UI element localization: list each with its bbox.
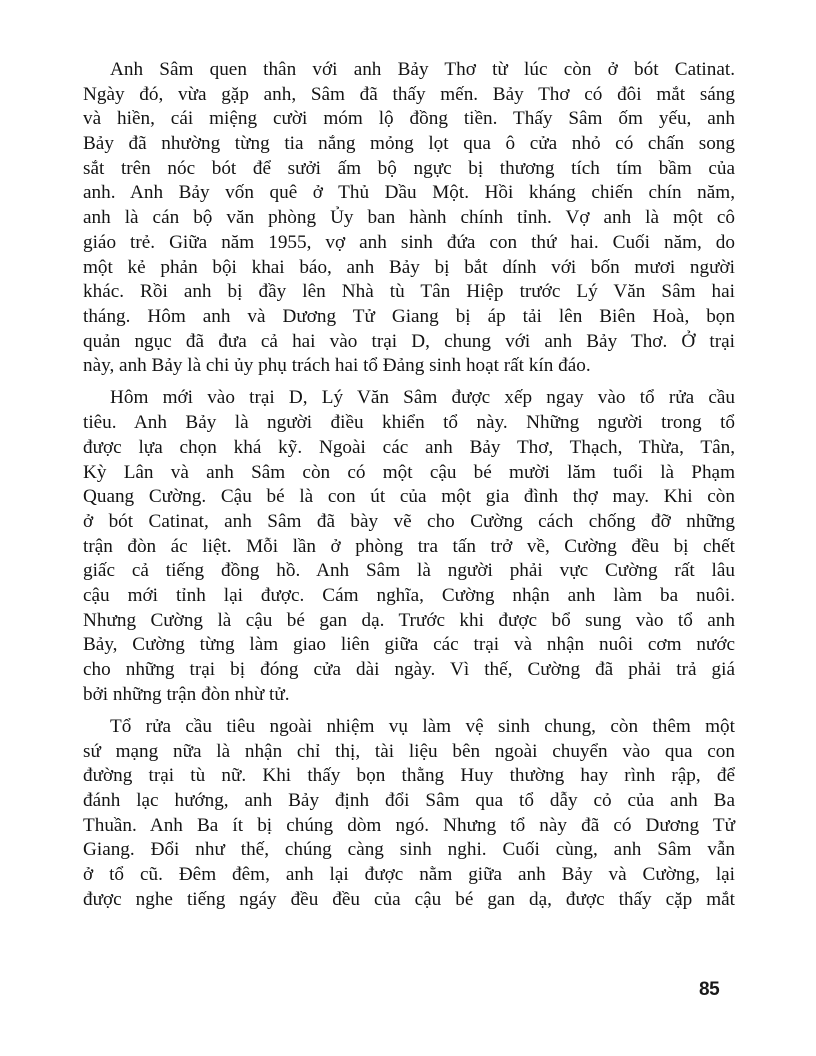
text-line: Bảy, Cường từng làm giao liên giữa các t… bbox=[83, 633, 735, 658]
book-page: Anh Sâm quen thân với anh Bảy Thơ từ lúc… bbox=[0, 0, 816, 1056]
text-line: khác. Rồi anh bị đầy lên Nhà tù Tân Hiệp… bbox=[83, 280, 735, 305]
text-line: Quang Cường. Cậu bé là con út của một gi… bbox=[83, 485, 735, 510]
text-line: Bảy đã nhường từng tia nắng mỏng lọt qua… bbox=[83, 132, 735, 157]
text-line: giáo trẻ. Giữa năm 1955, vợ anh sinh đứa… bbox=[83, 231, 735, 256]
text-line: và hiền, cái miệng cười móm lộ đồng tiền… bbox=[83, 107, 735, 132]
text-line: tiêu. Anh Bảy là người điều khiển tổ này… bbox=[83, 411, 735, 436]
text-line: tháng. Hôm anh và Dương Tử Giang bị áp t… bbox=[83, 305, 735, 330]
text-line: sắt trên nóc bót để sưởi ấm bộ ngực bị t… bbox=[83, 157, 735, 182]
text-line: Giang. Đổi như thế, chúng càng sinh nghi… bbox=[83, 838, 735, 863]
text-line: Hôm mới vào trại D, Lý Văn Sâm được xếp … bbox=[83, 386, 735, 411]
paragraph-1: Anh Sâm quen thân với anh Bảy Thơ từ lúc… bbox=[83, 58, 735, 379]
text-line: trận đòn ác liệt. Mỗi lần ở phòng tra tấ… bbox=[83, 535, 735, 560]
text-line: đường trại tù nữ. Khi thấy bọn thằng Huy… bbox=[83, 764, 735, 789]
text-line: này, anh Bảy là chi ủy phụ trách hai tổ … bbox=[83, 354, 735, 379]
text-line: quản ngục đã đưa cả hai vào trại D, chun… bbox=[83, 330, 735, 355]
text-line: được nghe tiếng ngáy đều đều của cậu bé … bbox=[83, 888, 735, 913]
text-line: giấc cả tiếng đồng hồ. Anh Sâm là người … bbox=[83, 559, 735, 584]
text-line: Anh Sâm quen thân với anh Bảy Thơ từ lúc… bbox=[83, 58, 735, 83]
text-line: cậu mới tỉnh lại được. Cám nghĩa, Cường … bbox=[83, 584, 735, 609]
body-text: Anh Sâm quen thân với anh Bảy Thơ từ lúc… bbox=[83, 58, 735, 920]
text-line: cho những trại bị đóng cửa dài ngày. Vì … bbox=[83, 658, 735, 683]
text-line: đánh lạc hướng, anh Bảy định đổi Sâm qua… bbox=[83, 789, 735, 814]
paragraph-2: Hôm mới vào trại D, Lý Văn Sâm được xếp … bbox=[83, 386, 735, 707]
text-line: anh. Anh Bảy vốn quê ở Thủ Dầu Một. Hồi … bbox=[83, 181, 735, 206]
text-line: ở tổ cũ. Đêm đêm, anh lại được nằm giữa … bbox=[83, 863, 735, 888]
text-line: một kẻ phản bội khai báo, anh Bảy bị bắt… bbox=[83, 256, 735, 281]
text-line: Nhưng Cường là cậu bé gan dạ. Trước khi … bbox=[83, 609, 735, 634]
paragraph-3: Tổ rửa cầu tiêu ngoài nhiệm vụ làm vệ si… bbox=[83, 715, 735, 913]
text-line: anh là cán bộ văn phòng Ủy ban hành chín… bbox=[83, 206, 735, 231]
text-line: sứ mạng nữa là nhận chỉ thị, tài liệu bê… bbox=[83, 740, 735, 765]
text-line: Ngày đó, vừa gặp anh, Sâm đã thấy mến. B… bbox=[83, 83, 735, 108]
text-line: ở bót Catinat, anh Sâm đã bày vẽ cho Cườ… bbox=[83, 510, 735, 535]
text-line: Kỳ Lân và anh Sâm còn có một cậu bé mười… bbox=[83, 461, 735, 486]
page-number: 85 bbox=[699, 979, 719, 1001]
text-line: bởi những trận đòn nhừ tử. bbox=[83, 683, 735, 708]
text-line: được lựa chọn khá kỹ. Ngoài các anh Bảy … bbox=[83, 436, 735, 461]
text-line: Tổ rửa cầu tiêu ngoài nhiệm vụ làm vệ si… bbox=[83, 715, 735, 740]
text-line: Thuần. Anh Ba ít bị chúng dòm ngó. Nhưng… bbox=[83, 814, 735, 839]
